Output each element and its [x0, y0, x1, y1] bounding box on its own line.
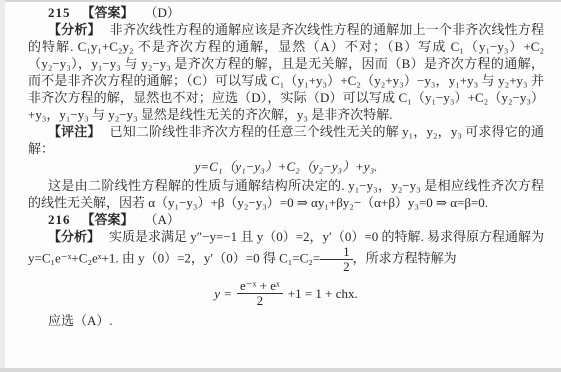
problem-215-analysis: 【分析】非齐次线性方程的通解应该是齐次线性方程的通解加上一个非齐次线性方程的特解…: [28, 21, 544, 123]
analysis-text-216-part2: ，所求方程特解为: [353, 250, 457, 265]
answer-label-215: 【答案】: [82, 5, 134, 20]
problem-215-remark: 【评注】已知二阶线性非齐次方程的任意三个线性无关的解 y₁，y₂，y₃ 可求得它…: [28, 123, 544, 157]
document-page: 215【答案】（D） 【分析】非齐次线性方程的通解应该是齐次线性方程的通解加上一…: [0, 0, 561, 372]
inline-fraction-numerator: 1: [320, 245, 353, 259]
analysis-label-215: 【分析】: [48, 22, 101, 37]
analysis-text-216-part1: 实质是求满足 y″−y=−1 且 y（0）=2，y′（0）=0 的特解. 易求得…: [28, 229, 544, 265]
general-solution-formula: y=C₁（y₁−y₃）+C₂（y₂−y₃）+y₃.: [28, 158, 544, 175]
inline-fraction-denominator: 2: [320, 259, 353, 274]
problem-215-note: 这是由二阶线性方程解的性质与通解结构所决定的. y₁−y₃，y₂−y₃ 是相应线…: [28, 177, 544, 211]
analysis-text-215: 非齐次线性方程的通解应该是齐次线性方程的通解加上一个非齐次线性方程的特解. C₁…: [28, 22, 544, 122]
answer-value-215: （D）: [145, 5, 180, 20]
problem-215-section: 215【答案】（D） 【分析】非齐次线性方程的通解应该是齐次线性方程的通解加上一…: [28, 4, 544, 211]
problem-215-number: 215: [48, 5, 71, 20]
answer-label-216: 【答案】: [82, 212, 134, 227]
answer-value-216: （A）: [145, 212, 180, 227]
problem-216-header: 216【答案】（A）: [28, 211, 544, 228]
remark-text-215: 已知二阶线性非齐次方程的任意三个线性无关的解 y₁，y₂，y₃ 可求得它的通解：: [28, 124, 544, 156]
problem-216-analysis: 【分析】实质是求满足 y″−y=−1 且 y（0）=2，y′（0）=0 的特解.…: [28, 228, 544, 274]
page-top-edge: [0, 0, 561, 2]
analysis-label-216: 【分析】: [48, 229, 100, 244]
page-content: 215【答案】（D） 【分析】非齐次线性方程的通解应该是齐次线性方程的通解加上一…: [28, 4, 544, 329]
formula-fraction-denominator: 2: [237, 293, 283, 308]
conclusion-text-216: 应选（A）.: [48, 313, 113, 328]
problem-216-section: 216【答案】（A） 【分析】实质是求满足 y″−y=−1 且 y（0）=2，y…: [28, 211, 544, 329]
formula-fraction: e⁻ˣ + eˣ 2: [237, 279, 283, 308]
note-text-215: 这是由二阶线性方程解的性质与通解结构所决定的. y₁−y₃，y₂−y₃ 是相应线…: [28, 178, 544, 210]
problem-215-header: 215【答案】（D）: [28, 4, 544, 21]
remark-label-215: 【评注】: [48, 124, 101, 139]
problem-216-conclusion: 应选（A）.: [28, 312, 544, 329]
formula-lhs: y =: [214, 285, 232, 302]
inline-fraction-one-half: 12: [320, 245, 353, 274]
page-left-edge: [0, 0, 5, 372]
formula-rhs: +1 = 1 + chx.: [288, 285, 358, 302]
particular-solution-formula: y = e⁻ˣ + eˣ 2 +1 = 1 + chx.: [28, 279, 544, 308]
formula-fraction-numerator: e⁻ˣ + eˣ: [237, 279, 283, 293]
problem-216-number: 216: [48, 212, 71, 227]
page-bottom-edge: [0, 368, 561, 372]
